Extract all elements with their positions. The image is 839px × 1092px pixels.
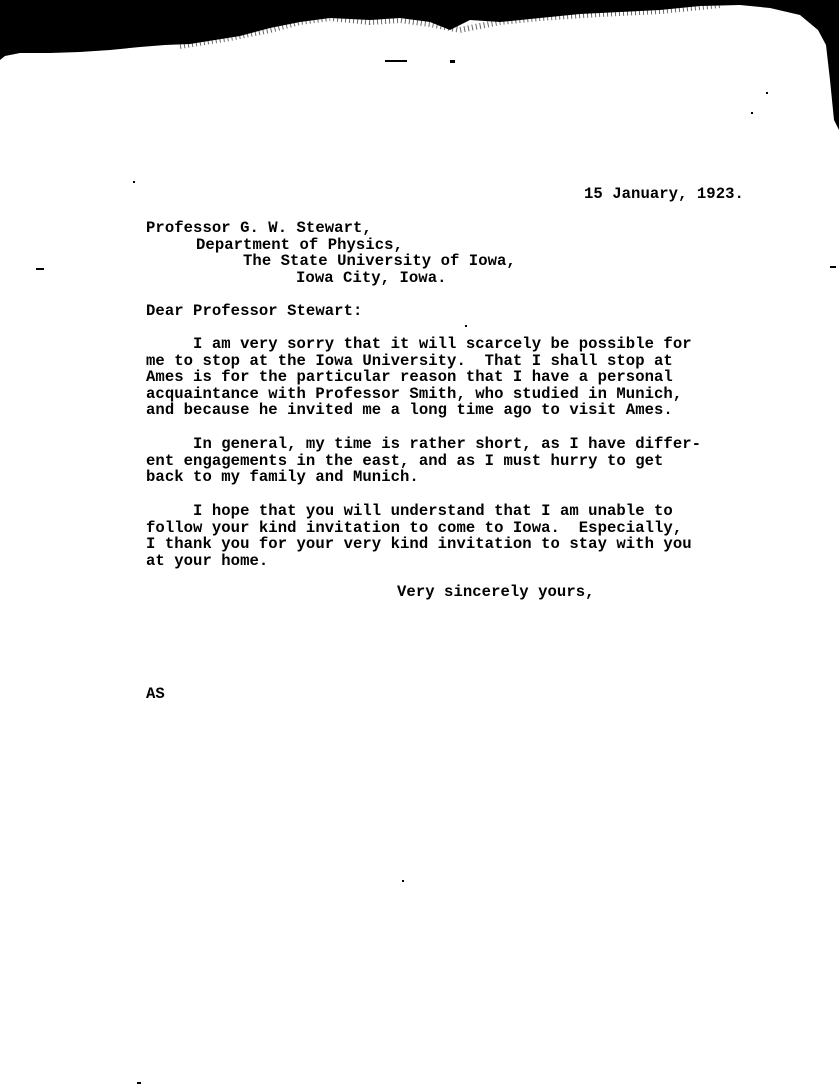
scan-speck <box>830 266 836 268</box>
closing: Very sincerely yours, <box>397 584 595 601</box>
scan-speck <box>766 92 768 94</box>
scan-shadow-edge <box>0 0 839 130</box>
salutation: Dear Professor Stewart: <box>146 303 362 320</box>
recipient-name: Professor G. W. Stewart, <box>146 220 372 237</box>
body-paragraph: In general, my time is rather short, as … <box>146 436 701 486</box>
scan-speck <box>133 181 135 183</box>
body-paragraph: I hope that you will understand that I a… <box>146 503 692 569</box>
body-paragraph: I am very sorry that it will scarcely be… <box>146 336 692 419</box>
scan-speck <box>36 268 44 270</box>
scan-speck <box>402 880 404 882</box>
scan-speck <box>751 112 753 114</box>
scan-speck <box>465 325 467 327</box>
recipient-institution: The State University of Iowa, <box>243 253 516 270</box>
typist-initials: AS <box>146 686 165 703</box>
recipient-city: Iowa City, Iowa. <box>296 270 447 287</box>
letter-date: 15 January, 1923. <box>584 186 744 203</box>
scan-speck <box>137 1082 141 1084</box>
